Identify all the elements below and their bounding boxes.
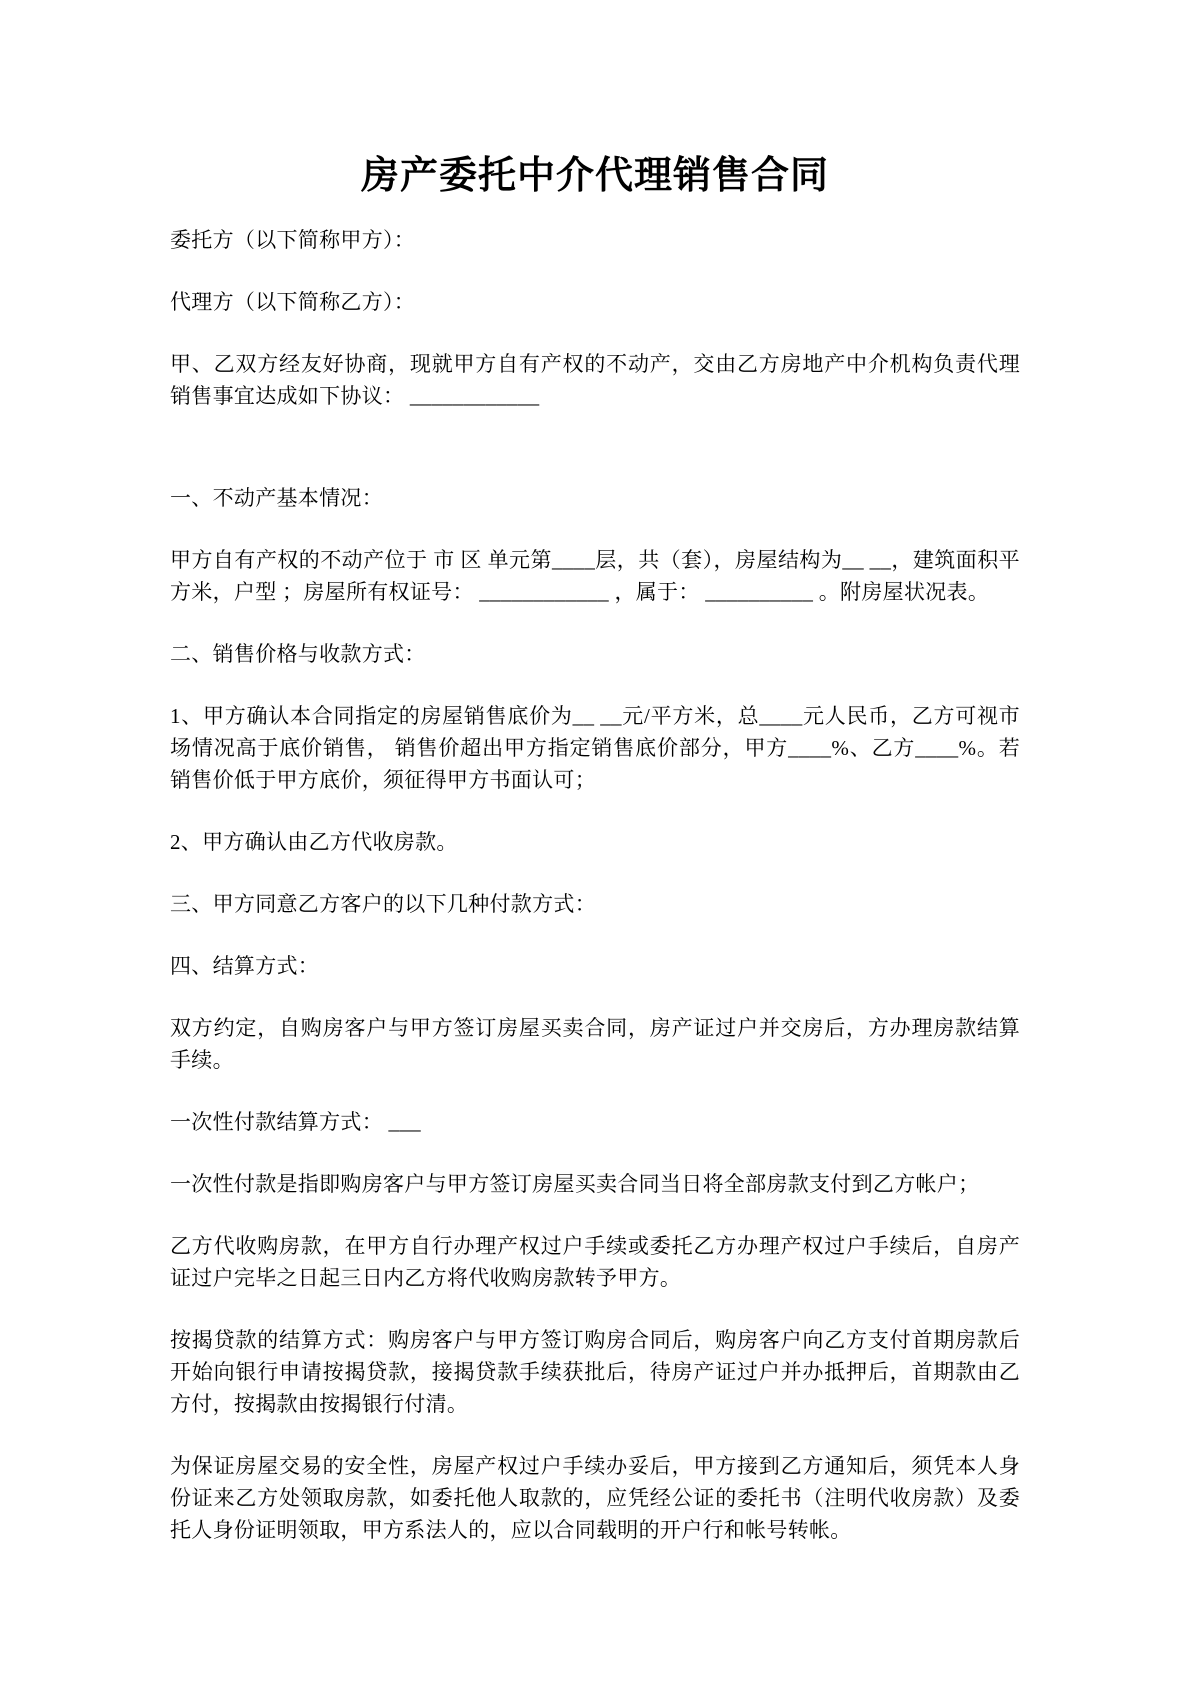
section-1-body: 甲方自有产权的不动产位于 市 区 单元第____层，共（套），房屋结构为__ _… <box>170 544 1020 608</box>
lump-sum-definition-paragraph: 一次性付款是指即购房客户与甲方签订房屋买卖合同当日将全部房款支付到乙方帐户； <box>170 1168 1020 1200</box>
section-4-heading: 四、结算方式： <box>170 950 1020 982</box>
lump-sum-method-line: 一次性付款结算方式： ___ <box>170 1106 1020 1138</box>
section-2-heading: 二、销售价格与收款方式： <box>170 638 1020 670</box>
mortgage-settlement-paragraph: 按揭贷款的结算方式：购房客户与甲方签订购房合同后，购房客户向乙方支付首期房款后开… <box>170 1324 1020 1420</box>
party-b-line: 代理方（以下简称乙方）： <box>170 286 1020 318</box>
contract-page: 房产委托中介代理销售合同 委托方（以下简称甲方）： 代理方（以下简称乙方）： 甲… <box>0 0 1190 1683</box>
collection-transfer-paragraph: 乙方代收购房款，在甲方自行办理产权过户手续或委托乙方办理产权过户手续后，自房产证… <box>170 1230 1020 1294</box>
section-1-heading: 一、不动产基本情况： <box>170 482 1020 514</box>
clause-2-1: 1、甲方确认本合同指定的房屋销售底价为__ __元/平方米，总____元人民币，… <box>170 700 1020 796</box>
security-clause-paragraph: 为保证房屋交易的安全性，房屋产权过户手续办妥后，甲方接到乙方通知后，须凭本人身份… <box>170 1450 1020 1546</box>
section-3-heading: 三、甲方同意乙方客户的以下几种付款方式： <box>170 888 1020 920</box>
party-a-line: 委托方（以下简称甲方）： <box>170 224 1020 256</box>
settlement-intro-paragraph: 双方约定，自购房客户与甲方签订房屋买卖合同，房产证过户并交房后，方办理房款结算手… <box>170 1012 1020 1076</box>
document-title: 房产委托中介代理销售合同 <box>170 148 1020 204</box>
clause-2-2: 2、甲方确认由乙方代收房款。 <box>170 826 1020 858</box>
preamble-paragraph: 甲、乙双方经友好协商，现就甲方自有产权的不动产，交由乙方房地产中介机构负责代理销… <box>170 348 1020 412</box>
